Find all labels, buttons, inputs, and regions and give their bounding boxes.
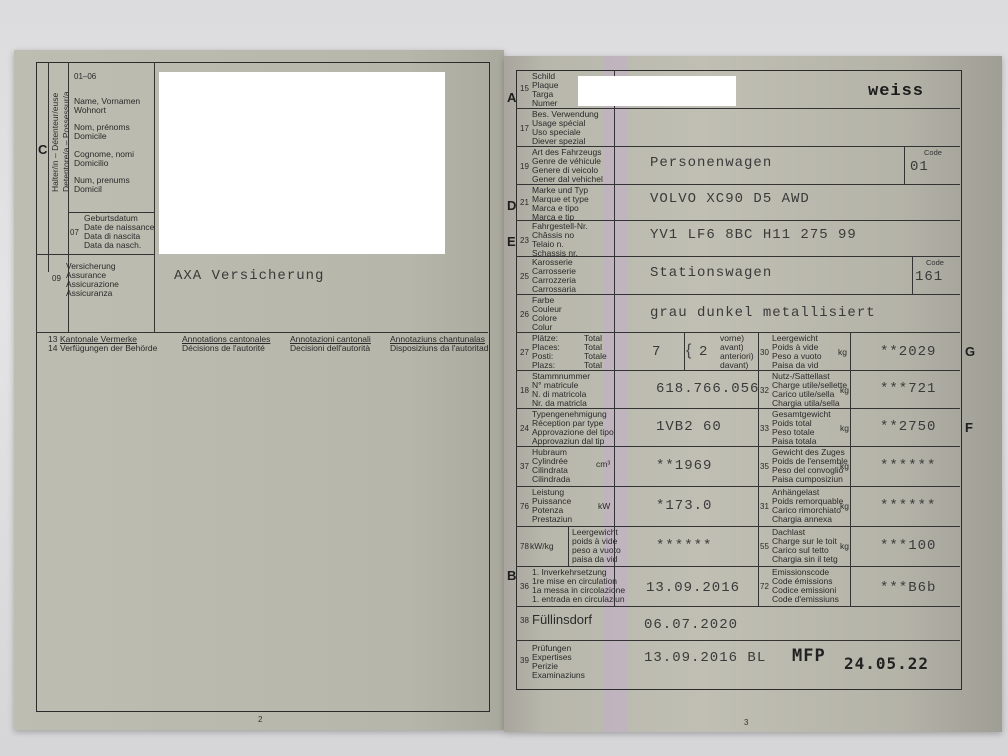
field-39-number: 39 bbox=[520, 656, 529, 665]
body-type-code: 161 bbox=[915, 269, 943, 285]
field-13-14-numbers: 13 14 bbox=[48, 335, 57, 353]
authority-heading-de: Verfügungen der Behörde bbox=[60, 344, 157, 353]
make-model-value: VOLVO XC90 D5 AWD bbox=[650, 191, 810, 207]
field-38-number: 38 bbox=[520, 616, 529, 625]
field-31-label: Anhängelast Poids remorquable Carico rim… bbox=[772, 488, 843, 524]
field-27-total-label: Total Total Totale Total bbox=[584, 334, 607, 370]
right-page: A D E G F B 15 Schild Plaque Targa Numer… bbox=[504, 56, 1002, 732]
field-26-label: Farbe Couleur Colore Colur bbox=[532, 296, 562, 332]
field-18-label: Stammnummer N° matricule N. di matricola… bbox=[532, 372, 590, 408]
field-24-number: 24 bbox=[520, 424, 529, 433]
field-24-label: Typengenehmigung Réception par type Appr… bbox=[532, 410, 614, 446]
field-30-unit: kg bbox=[838, 348, 847, 357]
field-37-unit: cm³ bbox=[596, 460, 610, 469]
field-35-number: 35 bbox=[760, 462, 769, 471]
field-01-06-number: 01–06 bbox=[74, 72, 96, 81]
registration-number-value: 618.766.056 bbox=[656, 381, 759, 397]
emission-code-value: ***B6b bbox=[880, 580, 936, 596]
field-32-label: Nutz-/Sattellast Charge utile/sellette C… bbox=[772, 372, 847, 408]
vehicle-type-code-label: Code bbox=[924, 148, 942, 157]
field-37-number: 37 bbox=[520, 462, 529, 471]
field-35-label: Gewicht des Zuges Poids de l'ensemble Pe… bbox=[772, 448, 848, 484]
power-weight-value: ****** bbox=[656, 538, 712, 554]
field-36-label: 1. Inverkehrsetzung 1re mise en circulat… bbox=[532, 568, 625, 604]
field-17-label: Bes. Verwendung Usage spécial Uso specia… bbox=[532, 110, 599, 146]
field-32-unit: kg bbox=[840, 386, 849, 395]
side-letter-e: E bbox=[507, 234, 516, 249]
field-72-number: 72 bbox=[760, 582, 769, 591]
trailer-load-value: ****** bbox=[880, 498, 936, 514]
field-15-number: 15 bbox=[520, 84, 529, 93]
first-registration-value: 13.09.2016 bbox=[646, 580, 740, 596]
field-55-unit: kg bbox=[840, 542, 849, 551]
page-number-left: 2 bbox=[258, 715, 262, 724]
field-72-label: Emissionscode Code émissions Codice emis… bbox=[772, 568, 839, 604]
insurance-value: AXA Versicherung bbox=[174, 268, 324, 284]
inspection-stamp-date: 24.05.22 bbox=[844, 654, 929, 673]
type-approval-value: 1VB2 60 bbox=[656, 419, 722, 435]
field-26-number: 26 bbox=[520, 310, 529, 319]
field-30-number: 30 bbox=[760, 348, 769, 357]
field-07-number: 07 bbox=[70, 228, 79, 237]
side-letter-d: D bbox=[507, 198, 516, 213]
vin-value: YV1 LF6 8BC H11 275 99 bbox=[650, 227, 857, 243]
payload-value: ***721 bbox=[880, 381, 936, 397]
roof-load-value: ***100 bbox=[880, 538, 936, 554]
field-33-label: Gesamtgewicht Poids total Peso totale Pa… bbox=[772, 410, 831, 446]
field-18-number: 18 bbox=[520, 386, 529, 395]
field-36-number: 36 bbox=[520, 582, 529, 591]
field-23-label: Fahrgestell-Nr. Châssis no Telaio n. Sch… bbox=[532, 222, 588, 258]
authority-heading-it: Decisioni dell'autorità bbox=[290, 344, 370, 353]
body-type-value: Stationswagen bbox=[650, 265, 772, 281]
issuing-place: Füllinsdorf bbox=[532, 612, 592, 628]
field-27-label: Plätze: Places: Posti: Plazs: bbox=[532, 334, 560, 370]
field-78-unit: kW/kg bbox=[530, 542, 554, 551]
field-76-label: Leistung Puissance Potenza Prestaziun bbox=[532, 488, 572, 524]
seats-front-value: 2 bbox=[699, 344, 708, 360]
field-31-unit: kg bbox=[840, 502, 849, 511]
field-09-number: 09 bbox=[52, 274, 61, 283]
color-value: grau dunkel metallisiert bbox=[650, 305, 876, 321]
inspection-stamp-logo: MFP bbox=[792, 646, 826, 666]
page-number-right: 3 bbox=[744, 718, 748, 727]
side-letter-f: F bbox=[965, 420, 973, 435]
field-31-number: 31 bbox=[760, 502, 769, 511]
left-page: C Halter/in – Détenteur/euse Detentore/a… bbox=[14, 50, 504, 730]
field-19-number: 19 bbox=[520, 162, 529, 171]
seats-brace: { bbox=[686, 336, 691, 366]
vehicle-type-value: Personenwagen bbox=[650, 155, 772, 171]
side-letter-g: G bbox=[965, 344, 975, 359]
field-37-label: Hubraum Cylindrée Cilindrata Cilindrada bbox=[532, 448, 570, 484]
field-27-number: 27 bbox=[520, 348, 529, 357]
field-30-label: Leergewicht Poids à vide Peso a vuoto Pa… bbox=[772, 334, 822, 370]
side-letter-a: A bbox=[507, 90, 516, 105]
field-25-number: 25 bbox=[520, 272, 529, 281]
seats-front-label: vorne) avant) anteriori) davant) bbox=[720, 334, 754, 370]
holder-name-redacted bbox=[159, 72, 445, 254]
field-33-unit: kg bbox=[840, 424, 849, 433]
side-letter-b: B bbox=[507, 568, 516, 583]
body-type-code-label: Code bbox=[926, 258, 944, 267]
field-19-label: Art des Fahrzeugs Genre de véhicule Gene… bbox=[532, 148, 603, 184]
field-55-label: Dachlast Charge sur le toit Carico sul t… bbox=[772, 528, 838, 564]
vehicle-type-code: 01 bbox=[910, 159, 929, 175]
total-weight-value: **2750 bbox=[880, 419, 936, 435]
field-21-number: 21 bbox=[520, 198, 529, 207]
field-32-number: 32 bbox=[760, 386, 769, 395]
field-21-label: Marke und Typ Marque et type Marca e tip… bbox=[532, 186, 589, 222]
train-weight-value: ****** bbox=[880, 458, 936, 474]
field-01-06-label-it: Cognome, nomi Domicilio bbox=[74, 150, 134, 168]
field-78-label: Leergewicht poids à vide peso a vuoto pa… bbox=[572, 528, 621, 564]
field-09-label: Versicherung Assurance Assicurazione Ass… bbox=[66, 262, 119, 298]
holder-vertical-label-1: Halter/in – Détenteur/euse bbox=[50, 93, 60, 192]
field-17-number: 17 bbox=[520, 124, 529, 133]
plate-color-value: weiss bbox=[868, 82, 924, 101]
field-78-number: 78 bbox=[520, 542, 529, 551]
plate-number-redacted bbox=[578, 76, 736, 106]
field-55-number: 55 bbox=[760, 542, 769, 551]
empty-weight-value: **2029 bbox=[880, 344, 936, 360]
field-23-number: 23 bbox=[520, 236, 529, 245]
field-76-number: 76 bbox=[520, 502, 529, 511]
field-01-06-label-de: Name, Vornamen Wohnort bbox=[74, 97, 140, 115]
field-25-label: Karosserie Carrosserie Carrozzeria Carro… bbox=[532, 258, 576, 294]
field-01-06-label-rm: Num, prenums Domicil bbox=[74, 176, 130, 194]
holder-vertical-label-2: Detentore/a – Possessur/a bbox=[61, 91, 71, 192]
field-35-unit: kg bbox=[840, 462, 849, 471]
issue-date-value: 06.07.2020 bbox=[644, 617, 738, 633]
power-value: *173.0 bbox=[656, 498, 712, 514]
section-letter-c: C bbox=[38, 142, 47, 157]
authority-heading-fr: Décisions de l'autorité bbox=[182, 344, 265, 353]
field-15-label: Schild Plaque Targa Numer bbox=[532, 72, 558, 108]
field-39-label: Prüfungen Expertises Perizie Examinaziun… bbox=[532, 644, 585, 680]
field-76-unit: kW bbox=[598, 502, 610, 511]
displacement-value: **1969 bbox=[656, 458, 712, 474]
field-07-label: Geburtsdatum Date de naissance Data di n… bbox=[84, 214, 154, 250]
seats-total-value: 7 bbox=[652, 344, 661, 360]
field-33-number: 33 bbox=[760, 424, 769, 433]
field-01-06-label-fr: Nom, prénoms Domicile bbox=[74, 123, 130, 141]
inspection-value: 13.09.2016 BL bbox=[644, 650, 766, 666]
authority-heading-rm: Disposiziuns da l'autoritad bbox=[390, 344, 488, 353]
